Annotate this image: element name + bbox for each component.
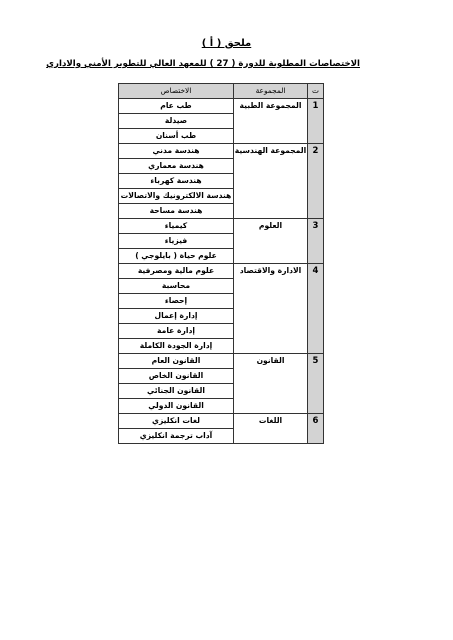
table-row: 1 المجموعة الطبية طب عام [119,99,324,114]
group-name: اللغات [234,414,308,444]
specialization-cell: محاسبة [119,279,234,294]
table-row: 6 اللغات لغات انكليزي [119,414,324,429]
page-title: ملحق ( أ ) [0,38,453,49]
specialization-cell: هندسة مدني [119,144,234,159]
document-subtitle: الاختصاصات المطلوبة للدورة ( 27 ) للمعهد… [60,59,360,69]
group-number: 3 [308,219,324,264]
specialization-cell: القانون الدولي [119,399,234,414]
specialization-cell: هندسة معماري [119,159,234,174]
specialization-cell: هندسة الالكترونيك والاتصالات [119,189,234,204]
specialization-cell: القانون العام [119,354,234,369]
specialization-cell: هندسة كهرباء [119,174,234,189]
specialization-cell: علوم مالية ومصرفية [119,264,234,279]
group-number: 5 [308,354,324,414]
specialization-cell: كيمياء [119,219,234,234]
group-name: المجموعة الهندسية [234,144,308,219]
specialization-cell: لغات انكليزي [119,414,234,429]
group-number: 1 [308,99,324,144]
group-name: العلوم [234,219,308,264]
group-number: 2 [308,144,324,219]
specialization-cell: صيدلة [119,114,234,129]
specialization-cell: طب أسنان [119,129,234,144]
header-group: المجموعة [234,84,308,99]
group-name: الادارة والاقتصاد [234,264,308,354]
specialization-cell: إدارة إعمال [119,309,234,324]
specialization-cell: آداب ترجمة انكليزي [119,429,234,444]
header-number: ت [308,84,324,99]
specialization-cell: فيزياء [119,234,234,249]
specialization-cell: القانون الجنائي [119,384,234,399]
group-name: المجموعة الطبية [234,99,308,144]
header-specialization: الاختصاص [119,84,234,99]
specialization-cell: إدارة الجودة الكاملة [119,339,234,354]
specialization-cell: علوم حياة ( بايلوجي ) [119,249,234,264]
table-row: 4 الادارة والاقتصاد علوم مالية ومصرفية [119,264,324,279]
table-row: 2 المجموعة الهندسية هندسة مدني [119,144,324,159]
group-name: القانون [234,354,308,414]
group-number: 6 [308,414,324,444]
specialization-cell: إحصاء [119,294,234,309]
specialization-cell: طب عام [119,99,234,114]
table-row: 5 القانون القانون العام [119,354,324,369]
table-header-row: ت المجموعة الاختصاص [119,84,324,99]
group-number: 4 [308,264,324,354]
table-row: 3 العلوم كيمياء [119,219,324,234]
specialization-cell: إدارة عامة [119,324,234,339]
specialization-cell: القانون الخاص [119,369,234,384]
specialization-cell: هندسة مساحة [119,204,234,219]
specializations-table: ت المجموعة الاختصاص 1 المجموعة الطبية طب… [118,83,324,444]
